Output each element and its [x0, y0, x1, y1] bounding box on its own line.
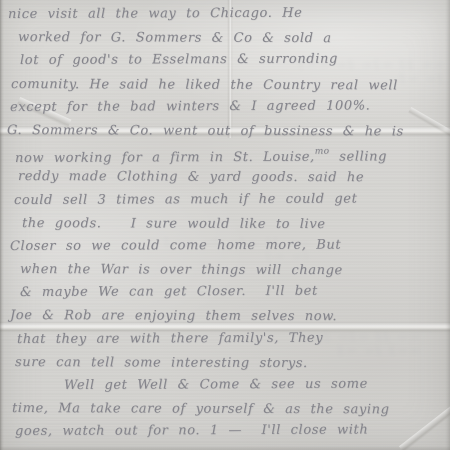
letter-line: Closer so we could come home more, But: [10, 233, 450, 258]
letter-line: now working for a firm in St. Louise,mo …: [15, 140, 450, 165]
letter-line-segment: now working for a firm in St. Louise,: [15, 150, 315, 166]
letter-line: could sell 3 times as much if he could g…: [14, 187, 450, 212]
superscript-insertion: mo: [315, 147, 330, 157]
letter-line: Well get Well & Come & see us some: [64, 372, 450, 397]
page-edge-bottom: [0, 446, 450, 450]
letter-line: nice visit all the way to Chicago. He: [8, 1, 450, 26]
page-edge-left: [0, 0, 4, 450]
letter-line: & maybe We can get Closer. I'll bet: [20, 279, 450, 304]
letter-line: goes, watch out for no. 1 — I'll close w…: [15, 418, 450, 443]
letter-line-segment: selling: [330, 150, 388, 165]
handwritten-text-block: nice visit all the way to Chicago. He wo…: [0, 3, 450, 444]
letter-line: reddy made Clothing & yard goods. said h…: [18, 165, 450, 190]
page-edge-right: [445, 0, 450, 450]
letter-line: lot of good's to Esselmans & surronding: [20, 47, 450, 72]
letter-line: that they are with there family's, They: [17, 326, 450, 351]
letter-line: except for the bad winters & I agreed 10…: [10, 94, 450, 119]
letter-page: nice visit all the way to Chicago. He wo…: [0, 0, 450, 450]
